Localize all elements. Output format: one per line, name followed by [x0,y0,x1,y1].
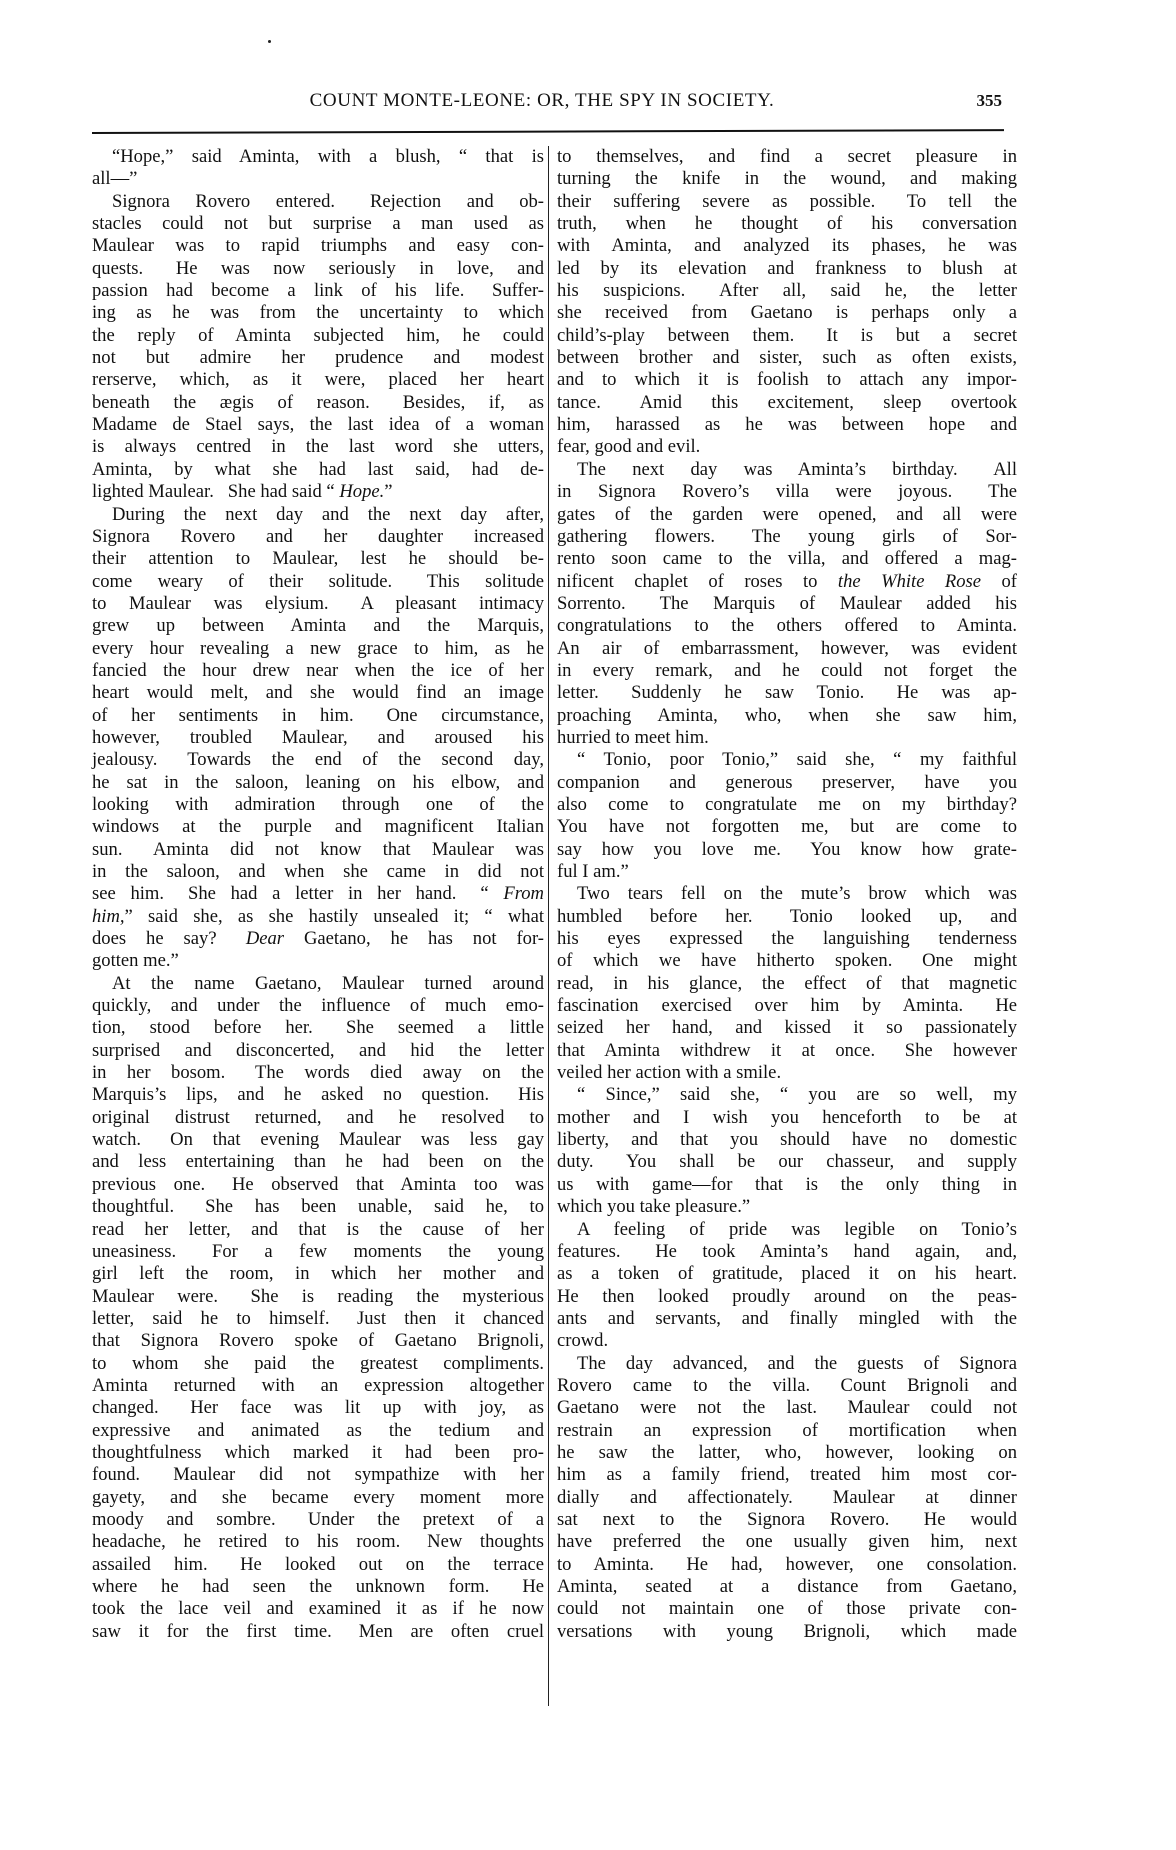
line-text: changed. Her face was lit up with joy, a… [92,1397,544,1419]
text-line: to Maulear was elysium. A pleasant intim… [92,593,544,615]
text-line: jealousy. Towards the end of the second … [92,749,544,771]
line-text: Maulear were. She is reading the mysteri… [92,1286,544,1308]
text-line: in the saloon, and when she came in did … [92,861,544,883]
line-text: gayety, and she became every moment more [92,1487,544,1509]
text-line: in Signora Rovero’s villa were joyous. T… [557,481,1017,503]
text-line: heart would melt, and she would find an … [92,682,544,704]
line-text: At the name Gaetano, Maulear turned arou… [112,973,544,995]
line-text: fear, good and evil. [557,436,1017,458]
line-text: “ Since,” said she, “ you are so well, m… [577,1084,1017,1106]
line-text: Aminta, seated at a distance from Gaetan… [557,1576,1017,1598]
line-text: seized her hand, and kissed it so passio… [557,1017,1017,1039]
text-line: child’s-play between them. It is but a s… [557,325,1017,347]
text-line: assailed him. He looked out on the terra… [92,1554,544,1576]
text-line: “ Since,” said she, “ you are so well, m… [557,1084,1017,1106]
line-text: hurried to meet him. [557,727,1017,749]
text-line: us with game—for that is the only thing … [557,1174,1017,1196]
text-line: all—” [92,168,544,190]
text-line: saw it for the first time. Men are often… [92,1621,544,1643]
text-line: grew up between Aminta and the Marquis, [92,615,544,637]
line-text: features. He took Aminta’s hand again, a… [557,1241,1017,1263]
line-text: duty. You shall be our chasseur, and sup… [557,1151,1017,1173]
line-text: saw it for the first time. Men are often… [92,1621,544,1643]
line-text: companion and generous preserver, have y… [557,772,1017,794]
text-line: veiled her action with a smile. [557,1062,1017,1084]
line-text: have preferred the one usually given him… [557,1531,1017,1553]
text-line: the reply of Aminta subjected him, he co… [92,325,544,347]
text-line: crowd. [557,1330,1017,1352]
text-line: ful I am.” [557,861,1017,883]
text-line: quests. He was now seriously in love, an… [92,258,544,280]
line-text: found. Maulear did not sympathize with h… [92,1464,544,1486]
line-text: he sat in the saloon, leaning on his elb… [92,772,544,794]
text-line: hurried to meet him. [557,727,1017,749]
text-line: gathering flowers. The young girls of So… [557,526,1017,548]
column-divider [548,146,549,1706]
line-text: all—” [92,168,544,190]
text-line: congratulations to the others offered to… [557,615,1017,637]
line-text: watch. On that evening Maulear was less … [92,1129,544,1151]
text-line: read her letter, and that is the cause o… [92,1219,544,1241]
line-text: humbled before her. Tonio looked up, and [557,906,1017,928]
line-text: Two tears fell on the mute’s brow which … [577,883,1017,905]
line-text: every hour revealing a new grace to him,… [92,638,544,660]
text-line: him,” said she, as she hastily unsealed … [92,906,544,928]
text-line: see him. She had a letter in her hand. “… [92,883,544,905]
text-line: of her sentiments in him. One circumstan… [92,705,544,727]
line-text: beneath the ægis of reason. Besides, if,… [92,392,544,414]
line-text: led by its elevation and frankness to bl… [557,258,1017,280]
text-line: features. He took Aminta’s hand again, a… [557,1241,1017,1263]
text-line: lighted Maulear. She had said “ Hope.” [92,481,544,503]
line-text: to Maulear was elysium. A pleasant intim… [92,593,544,615]
text-line: moody and sombre. Under the pretext of a [92,1509,544,1531]
text-line: Aminta returned with an expression altog… [92,1375,544,1397]
line-text: to themselves, and find a secret pleasur… [557,146,1017,168]
text-line: found. Maulear did not sympathize with h… [92,1464,544,1486]
line-text: restrain an expression of mortification … [557,1420,1017,1442]
line-text: veiled her action with a smile. [557,1062,1017,1084]
line-text: ful I am.” [557,861,1017,883]
text-line: An air of embarrassment, however, was ev… [557,638,1017,660]
text-line: between brother and sister, such as ofte… [557,347,1017,369]
text-line: dially and affectionately. Maulear at di… [557,1487,1017,1509]
text-line: with Aminta, and analyzed its phases, he… [557,235,1017,257]
text-line: does he say? Dear Gaetano, he has not fo… [92,928,544,950]
text-line: he saw the latter, who, however, looking… [557,1442,1017,1464]
text-line: to whom she paid the greatest compliment… [92,1353,544,1375]
text-line: windows at the purple and magnificent It… [92,816,544,838]
line-text: quests. He was now seriously in love, an… [92,258,544,280]
line-text: thoughtfulness which marked it had been … [92,1442,544,1464]
text-line: Madame de Stael says, the last idea of a… [92,414,544,436]
line-text: The next day was Aminta’s birthday. All [577,459,1017,481]
text-line: He then looked proudly around on the pea… [557,1286,1017,1308]
text-line: as a token of gratitude, placed it on hi… [557,1263,1017,1285]
text-line: humbled before her. Tonio looked up, and [557,906,1017,928]
text-line: surprised and disconcerted, and hid the … [92,1040,544,1062]
text-line: Maulear were. She is reading the mysteri… [92,1286,544,1308]
running-title: COUNT MONTE-LEONE: OR, THE SPY IN SOCIET… [262,90,822,112]
text-line: where he had seen the unknown form. He [92,1576,544,1598]
text-line: ing as he was from the uncertainty to wh… [92,302,544,324]
line-text: You have not forgotten me, but are come … [557,816,1017,838]
line-text: gotten me.” [92,950,544,972]
text-line: Signora Rovero entered. Rejection and ob… [92,191,544,213]
line-text: read her letter, and that is the cause o… [92,1219,544,1241]
line-text: Gaetano were not the last. Maulear could… [557,1397,1017,1419]
line-text: and less entertaining than he had been o… [92,1151,544,1173]
text-line: he sat in the saloon, leaning on his elb… [92,772,544,794]
line-text: rerserve, which, as it were, placed her … [92,369,544,391]
text-line: beneath the ægis of reason. Besides, if,… [92,392,544,414]
text-line: in every remark, and he could not forget… [557,660,1017,682]
text-line: also come to congratulate me on my birth… [557,794,1017,816]
line-text: thoughtful. She has been unable, said he… [92,1196,544,1218]
line-text: read, in his glance, the effect of that … [557,973,1017,995]
line-text: rento soon came to the villa, and offere… [557,548,1017,570]
line-text: Signora Rovero entered. Rejection and ob… [112,191,544,213]
line-text: their attention to Maulear, lest he shou… [92,548,544,570]
line-text: assailed him. He looked out on the terra… [92,1554,544,1576]
text-line: Rovero came to the villa. Count Brignoli… [557,1375,1017,1397]
line-text: child’s-play between them. It is but a s… [557,325,1017,347]
line-text: liberty, and that you should have no dom… [557,1129,1017,1151]
line-text: versations with young Brignoli, which ma… [557,1621,1017,1643]
line-text: and to which it is foolish to attach any… [557,369,1017,391]
text-line: looking with admiration through one of t… [92,794,544,816]
text-line: versations with young Brignoli, which ma… [557,1621,1017,1643]
text-line: Aminta, seated at a distance from Gaetan… [557,1576,1017,1598]
line-text: looking with admiration through one of t… [92,794,544,816]
text-line: At the name Gaetano, Maulear turned arou… [92,973,544,995]
text-line: that Signora Rovero spoke of Gaetano Bri… [92,1330,544,1352]
text-line: his suspicions. After all, said he, the … [557,280,1017,302]
line-text: the reply of Aminta subjected him, he co… [92,325,544,347]
text-line: Maulear was to rapid triumphs and easy c… [92,235,544,257]
text-line: Marquis’s lips, and he asked no question… [92,1084,544,1106]
text-line: their suffering severe as possible. To t… [557,191,1017,213]
text-line: tion, stood before her. She seemed a lit… [92,1017,544,1039]
text-line: previous one. He observed that Aminta to… [92,1174,544,1196]
text-line: however, troubled Maulear, and aroused h… [92,727,544,749]
line-text: which you take pleasure.” [557,1196,1017,1218]
text-line: fascination exercised over him by Aminta… [557,995,1017,1017]
line-text: original distrust returned, and he resol… [92,1107,544,1129]
text-line: not but admire her prudence and modest [92,347,544,369]
line-text: Sorrento. The Marquis of Maulear added h… [557,593,1017,615]
text-line: headache, he retired to his room. New th… [92,1531,544,1553]
line-text: fancied the hour drew near when the ice … [92,660,544,682]
text-line: Sorrento. The Marquis of Maulear added h… [557,593,1017,615]
line-text: that Signora Rovero spoke of Gaetano Bri… [92,1330,544,1352]
text-line: to Aminta. He had, however, one consolat… [557,1554,1017,1576]
line-text: him,” said she, as she hastily unsealed … [92,906,544,928]
line-text: him, harassed as he was between hope and [557,414,1017,436]
line-text: their suffering severe as possible. To t… [557,191,1017,213]
text-line: in her bosom. The words died away on the [92,1062,544,1084]
line-text: of which we have hitherto spoken. One mi… [557,950,1017,972]
line-text: does he say? Dear Gaetano, he has not fo… [92,928,544,950]
text-line: You have not forgotten me, but are come … [557,816,1017,838]
text-line: liberty, and that you should have no dom… [557,1129,1017,1151]
text-line: she received from Gaetano is perhaps onl… [557,302,1017,324]
line-text: dially and affectionately. Maulear at di… [557,1487,1017,1509]
text-line: uneasiness. For a few moments the young [92,1241,544,1263]
text-line: fancied the hour drew near when the ice … [92,660,544,682]
text-line: his eyes expressed the languishing tende… [557,928,1017,950]
line-text: took the lace veil and examined it as if… [92,1598,544,1620]
text-line: gotten me.” [92,950,544,972]
line-text: A feeling of pride was legible on Tonio’… [577,1219,1017,1241]
text-line: their attention to Maulear, lest he shou… [92,548,544,570]
line-text: Madame de Stael says, the last idea of a… [92,414,544,436]
line-text: uneasiness. For a few moments the young [92,1241,544,1263]
line-text: stacles could not but surprise a man use… [92,213,544,235]
text-line: of which we have hitherto spoken. One mi… [557,950,1017,972]
text-line: seized her hand, and kissed it so passio… [557,1017,1017,1039]
line-text: fascination exercised over him by Aminta… [557,995,1017,1017]
text-line: have preferred the one usually given him… [557,1531,1017,1553]
line-text: sat next to the Signora Rovero. He would [557,1509,1017,1531]
text-line: fear, good and evil. [557,436,1017,458]
text-line: thoughtfulness which marked it had been … [92,1442,544,1464]
line-text: however, troubled Maulear, and aroused h… [92,727,544,749]
text-line: sat next to the Signora Rovero. He would [557,1509,1017,1531]
text-line: Aminta, by what she had last said, had d… [92,459,544,481]
text-line: come weary of their solitude. This solit… [92,571,544,593]
text-line: thoughtful. She has been unable, said he… [92,1196,544,1218]
text-line: him, harassed as he was between hope and [557,414,1017,436]
text-line: Signora Rovero and her daughter increase… [92,526,544,548]
line-text: ants and servants, and finally mingled w… [557,1308,1017,1330]
line-text: where he had seen the unknown form. He [92,1576,544,1598]
line-text: Maulear was to rapid triumphs and easy c… [92,235,544,257]
line-text: Signora Rovero and her daughter increase… [92,526,544,548]
text-line: letter, said he to himself. Just then it… [92,1308,544,1330]
line-text: letter. Suddenly he saw Tonio. He was ap… [557,682,1017,704]
text-line: ants and servants, and finally mingled w… [557,1308,1017,1330]
line-text: that Aminta withdrew it at once. She how… [557,1040,1017,1062]
text-line: original distrust returned, and he resol… [92,1107,544,1129]
line-text: of her sentiments in him. One circumstan… [92,705,544,727]
line-text: Aminta, by what she had last said, had d… [92,459,544,481]
line-text: grew up between Aminta and the Marquis, [92,615,544,637]
text-line: tance. Amid this excitement, sleep overt… [557,392,1017,414]
text-line: stacles could not but surprise a man use… [92,213,544,235]
line-text: also come to congratulate me on my birth… [557,794,1017,816]
text-line: that Aminta withdrew it at once. She how… [557,1040,1017,1062]
line-text: gates of the garden were opened, and all… [557,504,1017,526]
line-text: “ Tonio, poor Tonio,” said she, “ my fai… [577,749,1017,771]
line-text: to Aminta. He had, however, one consolat… [557,1554,1017,1576]
line-text: could not maintain one of those private … [557,1598,1017,1620]
page-number: 355 [977,91,1003,111]
line-text: surprised and disconcerted, and hid the … [92,1040,544,1062]
text-line: and less entertaining than he had been o… [92,1151,544,1173]
text-line: expressive and animated as the tedium an… [92,1420,544,1442]
line-text: come weary of their solitude. This solit… [92,571,544,593]
line-text: letter, said he to himself. Just then it… [92,1308,544,1330]
line-text: his eyes expressed the languishing tende… [557,928,1017,950]
text-line: turning the knife in the wound, and maki… [557,168,1017,190]
text-line: to themselves, and find a secret pleasur… [557,146,1017,168]
text-line: led by its elevation and frankness to bl… [557,258,1017,280]
running-header: COUNT MONTE-LEONE: OR, THE SPY IN SOCIET… [92,88,1004,118]
line-text: tion, stood before her. She seemed a lit… [92,1017,544,1039]
text-line: gayety, and she became every moment more [92,1487,544,1509]
text-line: companion and generous preserver, have y… [557,772,1017,794]
text-line: The next day was Aminta’s birthday. All [557,459,1017,481]
line-text: An air of embarrassment, however, was ev… [557,638,1017,660]
line-text: sun. Aminta did not know that Maulear wa… [92,839,544,861]
line-text: not but admire her prudence and modest [92,347,544,369]
text-line: rento soon came to the villa, and offere… [557,548,1017,570]
line-text: tance. Amid this excitement, sleep overt… [557,392,1017,414]
line-text: as a token of gratitude, placed it on hi… [557,1263,1017,1285]
text-line: truth, when he thought of his conversati… [557,213,1017,235]
text-line: could not maintain one of those private … [557,1598,1017,1620]
text-line: which you take pleasure.” [557,1196,1017,1218]
line-text: with Aminta, and analyzed its phases, he… [557,235,1017,257]
header-rule [92,129,1004,134]
line-text: headache, he retired to his room. New th… [92,1531,544,1553]
line-text: moody and sombre. Under the pretext of a [92,1509,544,1531]
stray-print-mark [268,40,271,43]
line-text: mother and I wish you henceforth to be a… [557,1107,1017,1129]
text-line: is always centred in the last word she u… [92,436,544,458]
text-line: restrain an expression of mortification … [557,1420,1017,1442]
text-line: changed. Her face was lit up with joy, a… [92,1397,544,1419]
line-text: him as a family friend, treated him most… [557,1464,1017,1486]
line-text: windows at the purple and magnificent It… [92,816,544,838]
line-text: in Signora Rovero’s villa were joyous. T… [557,481,1017,503]
line-text: quickly, and under the influence of much… [92,995,544,1017]
line-text: between brother and sister, such as ofte… [557,347,1017,369]
text-line: The day advanced, and the guests of Sign… [557,1353,1017,1375]
line-text: jealousy. Towards the end of the second … [92,749,544,771]
line-text: During the next day and the next day aft… [112,504,544,526]
text-line: sun. Aminta did not know that Maulear wa… [92,839,544,861]
left-column: “Hope,” said Aminta, with a blush, “ tha… [92,146,544,1643]
line-text: he saw the latter, who, however, looking… [557,1442,1017,1464]
line-text: gathering flowers. The young girls of So… [557,526,1017,548]
text-line: took the lace veil and examined it as if… [92,1598,544,1620]
text-line: him as a family friend, treated him most… [557,1464,1017,1486]
text-line: rerserve, which, as it were, placed her … [92,369,544,391]
line-text: lighted Maulear. She had said “ Hope.” [92,481,544,503]
line-text: proaching Aminta, who, when she saw him, [557,705,1017,727]
line-text: crowd. [557,1330,1017,1352]
text-line: mother and I wish you henceforth to be a… [557,1107,1017,1129]
line-text: ing as he was from the uncertainty to wh… [92,302,544,324]
line-text: to whom she paid the greatest compliment… [92,1353,544,1375]
text-line: letter. Suddenly he saw Tonio. He was ap… [557,682,1017,704]
text-line: “Hope,” said Aminta, with a blush, “ tha… [92,146,544,168]
line-text: The day advanced, and the guests of Sign… [577,1353,1017,1375]
line-text: He then looked proudly around on the pea… [557,1286,1017,1308]
line-text: is always centred in the last word she u… [92,436,544,458]
line-text: truth, when he thought of his conversati… [557,213,1017,235]
line-text: his suspicions. After all, said he, the … [557,280,1017,302]
line-text: us with game—for that is the only thing … [557,1174,1017,1196]
line-text: expressive and animated as the tedium an… [92,1420,544,1442]
text-line: quickly, and under the influence of much… [92,995,544,1017]
line-text: Rovero came to the villa. Count Brignoli… [557,1375,1017,1397]
text-line: and to which it is foolish to attach any… [557,369,1017,391]
line-text: in every remark, and he could not forget… [557,660,1017,682]
text-line: “ Tonio, poor Tonio,” said she, “ my fai… [557,749,1017,771]
line-text: nificent chaplet of roses to the White R… [557,571,1017,593]
text-line: say how you love me. You know how grate- [557,839,1017,861]
text-line: girl left the room, in which her mother … [92,1263,544,1285]
text-line: duty. You shall be our chasseur, and sup… [557,1151,1017,1173]
text-line: nificent chaplet of roses to the White R… [557,571,1017,593]
line-text: heart would melt, and she would find an … [92,682,544,704]
line-text: Aminta returned with an expression altog… [92,1375,544,1397]
text-line: During the next day and the next day aft… [92,504,544,526]
line-text: girl left the room, in which her mother … [92,1263,544,1285]
line-text: in her bosom. The words died away on the [92,1062,544,1084]
line-text: previous one. He observed that Aminta to… [92,1174,544,1196]
text-line: gates of the garden were opened, and all… [557,504,1017,526]
line-text: turning the knife in the wound, and maki… [557,168,1017,190]
text-line: Two tears fell on the mute’s brow which … [557,883,1017,905]
text-line: proaching Aminta, who, when she saw him, [557,705,1017,727]
line-text: Marquis’s lips, and he asked no question… [92,1084,544,1106]
line-text: passion had become a link of his life. S… [92,280,544,302]
text-line: A feeling of pride was legible on Tonio’… [557,1219,1017,1241]
line-text: see him. She had a letter in her hand. “… [92,883,544,905]
text-line: passion had become a link of his life. S… [92,280,544,302]
text-line: watch. On that evening Maulear was less … [92,1129,544,1151]
text-line: Gaetano were not the last. Maulear could… [557,1397,1017,1419]
text-line: read, in his glance, the effect of that … [557,973,1017,995]
line-text: “Hope,” said Aminta, with a blush, “ tha… [112,146,544,168]
line-text: in the saloon, and when she came in did … [92,861,544,883]
text-line: every hour revealing a new grace to him,… [92,638,544,660]
line-text: say how you love me. You know how grate- [557,839,1017,861]
line-text: congratulations to the others offered to… [557,615,1017,637]
line-text: she received from Gaetano is perhaps onl… [557,302,1017,324]
right-column: to themselves, and find a secret pleasur… [557,146,1017,1643]
